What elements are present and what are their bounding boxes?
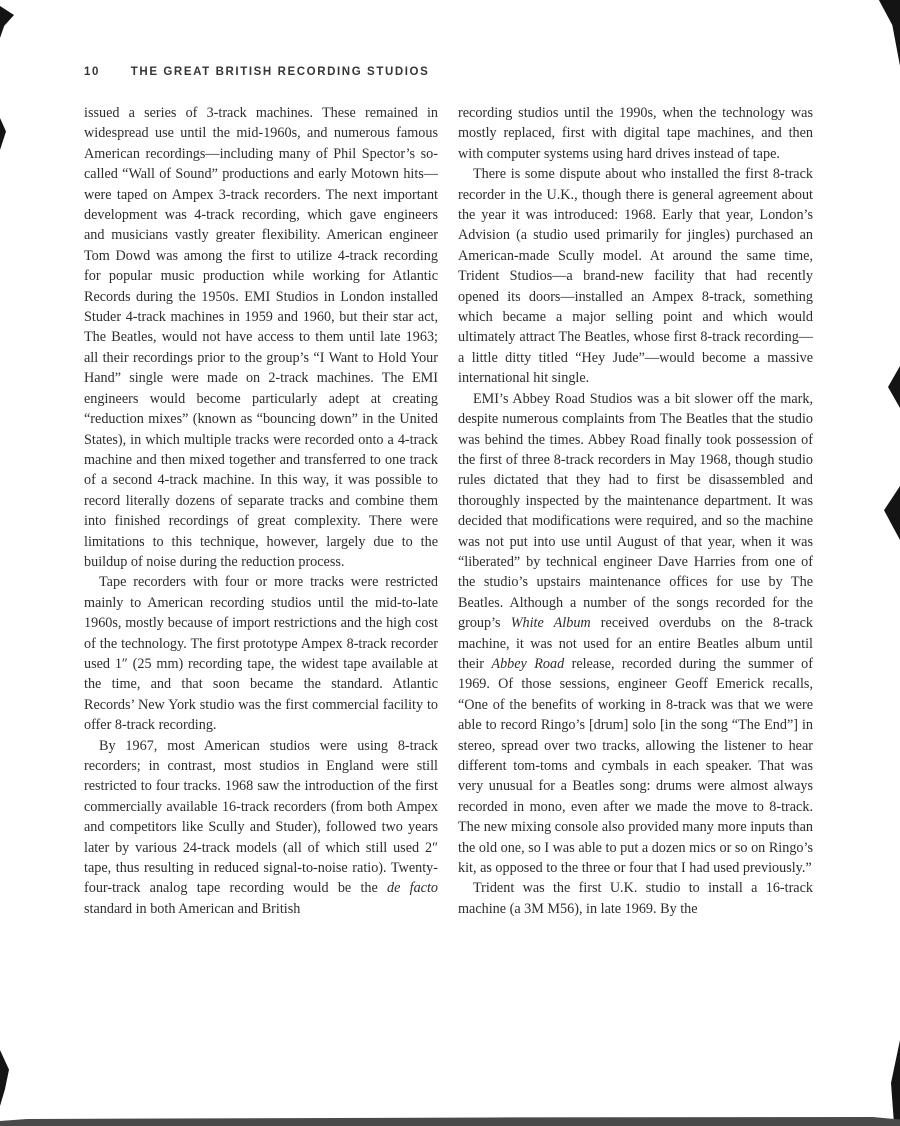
scan-artifact-left-bottom bbox=[0, 1050, 9, 1106]
paragraph: EMI’s Abbey Road Studios was a bit slowe… bbox=[458, 389, 813, 879]
body-text: recording studios until the 1990s, when … bbox=[458, 105, 813, 162]
scan-artifact-right-upper bbox=[888, 366, 900, 408]
running-head-title: THE GREAT BRITISH RECORDING STUDIOS bbox=[131, 66, 430, 78]
paragraph: Tape recorders with four or more tracks … bbox=[84, 572, 438, 735]
body-text: Tape recorders with four or more tracks … bbox=[84, 574, 438, 733]
paragraph: There is some dispute about who installe… bbox=[458, 164, 813, 388]
body-text: Trident was the first U.K. studio to ins… bbox=[458, 880, 813, 916]
italic-text: de facto bbox=[387, 880, 438, 896]
paragraph: Trident was the first U.K. studio to ins… bbox=[458, 878, 813, 919]
text-column-right: recording studios until the 1990s, when … bbox=[458, 103, 813, 1047]
scan-artifact-top-right bbox=[876, 0, 900, 66]
scan-artifact-right-bottom bbox=[891, 1040, 900, 1126]
body-text: There is some dispute about who installe… bbox=[458, 166, 813, 386]
scan-artifact-right-middle bbox=[884, 486, 900, 540]
body-text: By 1967, most American studios were usin… bbox=[84, 738, 438, 897]
italic-text: White Album bbox=[511, 615, 591, 631]
book-page: 10 THE GREAT BRITISH RECORDING STUDIOS i… bbox=[0, 0, 900, 1126]
page-number: 10 bbox=[84, 66, 100, 78]
paragraph: By 1967, most American studios were usin… bbox=[84, 736, 438, 920]
body-text: standard in both American and British bbox=[84, 901, 300, 917]
paragraph: issued a series of 3-track machines. The… bbox=[84, 103, 438, 572]
scan-artifact-left-middle bbox=[0, 118, 6, 150]
body-text: issued a series of 3-track machines. The… bbox=[84, 105, 438, 570]
paragraph: recording studios until the 1990s, when … bbox=[458, 103, 813, 164]
page-header: 10 THE GREAT BRITISH RECORDING STUDIOS bbox=[84, 66, 429, 78]
text-column-left: issued a series of 3-track machines. The… bbox=[84, 103, 438, 1047]
scan-artifact-top-left bbox=[0, 6, 14, 38]
scan-artifact-bottom-bar bbox=[0, 1117, 900, 1126]
body-text: release, recorded during the summer of 1… bbox=[458, 656, 813, 876]
italic-text: Abbey Road bbox=[491, 656, 564, 672]
body-text: EMI’s Abbey Road Studios was a bit slowe… bbox=[458, 391, 813, 631]
